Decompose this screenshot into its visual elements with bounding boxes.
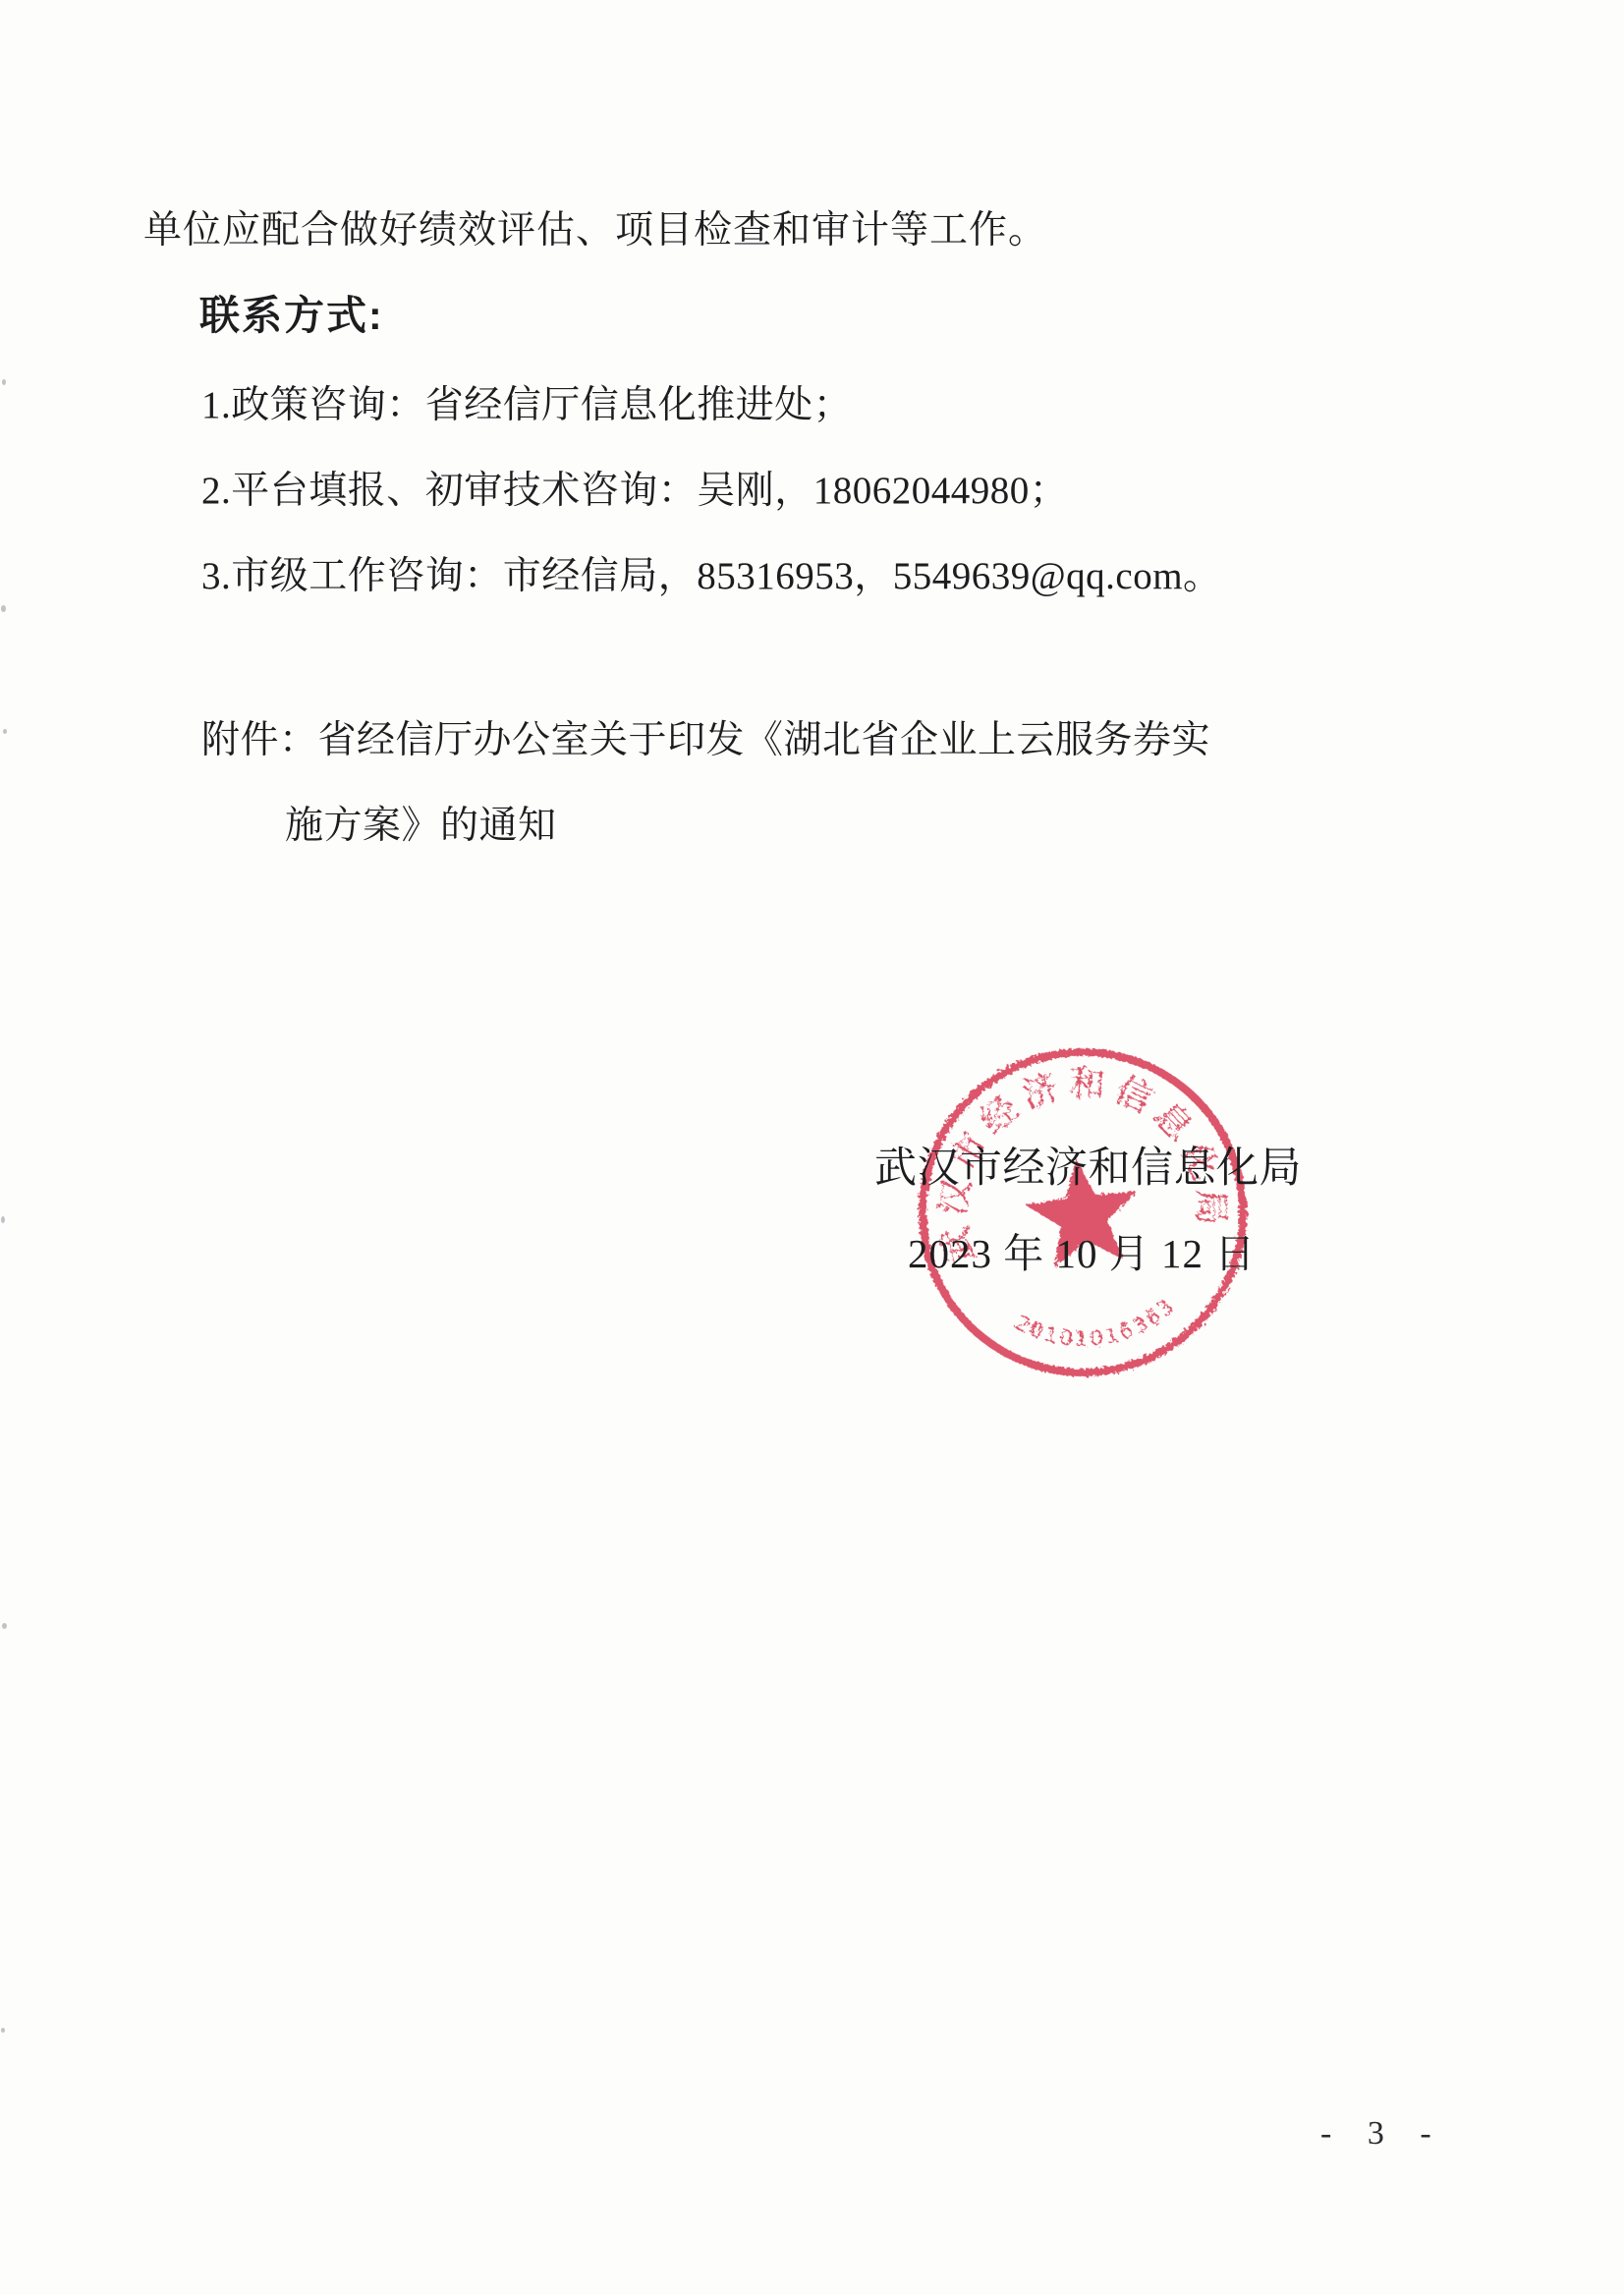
scan-artifact (2, 379, 6, 385)
signature-organization: 武汉市经济和信息化局 (874, 1144, 1302, 1195)
attachment-line-2: 施方案》的通知 (285, 804, 557, 850)
attachment-line-1: 附件：省经信厅办公室关于印发《湖北省企业上云服务券实 (201, 718, 1210, 764)
contact-item-platform: 2.平台填报、初审技术咨询：吴刚，18062044980； (201, 469, 1068, 515)
contact-item-city: 3.市级工作咨询：市经信局，85316953，5549639@qq.com。 (201, 554, 1222, 600)
scan-artifact (1, 2028, 5, 2033)
closing-paragraph-line: 单位应配合做好绩效评估、项目检查和审计等工作。 (143, 208, 1047, 254)
scan-artifact (3, 729, 7, 734)
contact-item-policy: 1.政策咨询：省经信厅信息化推进处； (201, 383, 852, 429)
scan-artifact (2, 1623, 7, 1629)
scan-artifact (1, 1216, 5, 1223)
document-page: 单位应配合做好绩效评估、项目检查和审计等工作。 联系方式: 1.政策咨询：省经信… (0, 0, 1624, 2295)
scan-artifact (1, 605, 6, 612)
signature-date: 2023 年 10 月 12 日 (908, 1230, 1256, 1278)
official-seal: 武汉市经济和信息化局 4201010163634 (914, 1037, 1254, 1391)
page-number: - 3 - (1320, 2114, 1445, 2155)
contact-heading: 联系方式: (199, 292, 384, 340)
